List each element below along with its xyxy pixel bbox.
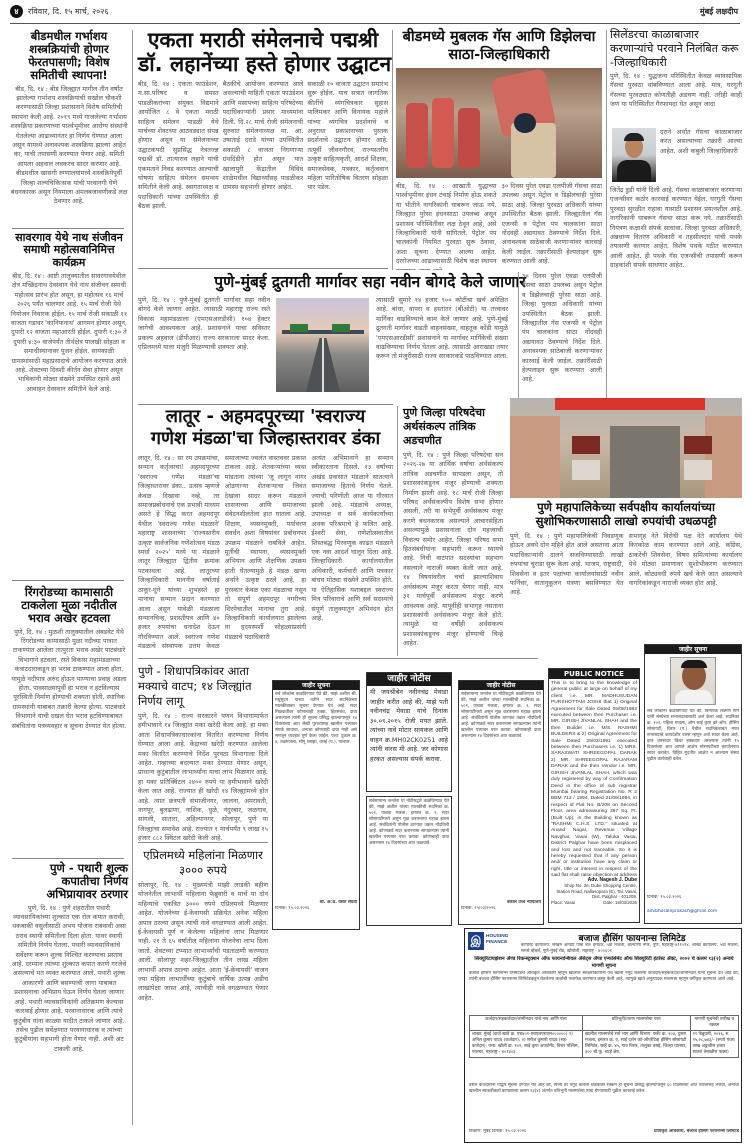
gas-cylinder-photo [396, 68, 602, 178]
article-pathari-shulk: पुणे - पथारी शुल्क कपातीचा निर्णय अभिप्र… [10, 862, 128, 1127]
article-body: पुणे, दि. १४ : युद्धजन्य परिस्थितीत केवळ… [610, 72, 742, 119]
expressway-photo [276, 298, 369, 392]
article-body: पुणे, दि. १४ : पुणे शहरातील पथारी व्यावस… [10, 904, 128, 1109]
notice-jahir-suchana-photo: जाहीर सूचना सर्व लोकांना कळविण्यात येते … [644, 644, 742, 924]
table-row: शाखा: मुंबई (कर्ज खाते क्र. एच४०१-एचएलएस… [470, 1031, 739, 1058]
notice-body: सर्व लोकांना कळविण्यात येते की, माझे अशी… [273, 690, 359, 900]
headline: रिंगरोडच्या कामासाठी टाकलेला मुळा नदीतील… [10, 586, 128, 625]
notice-jahir-notice: जाहीर नोटीस सर्वसामान्य जनतेस या नोटीसद्… [458, 680, 544, 925]
divider [12, 228, 124, 229]
public-notice: PUBLIC NOTICE This is to bring to the kn… [548, 668, 640, 923]
article-latur-ganesh: लातूर - अहमदपूरच्या 'स्वराज्य गणेश मंडळा… [138, 406, 393, 656]
article-body: पुणे, दि. १४ : राज्य सरकारने पणन विभागाम… [138, 712, 268, 842]
article-ekta-sammelan: एकता मराठी संमेलनाचे पद्मश्री डॉ. लहानें… [138, 28, 388, 268]
act-subtitle: सिक्युरिटायझेशन ॲण्ड रिकन्स्ट्रक्शन ऑफ फ… [469, 956, 739, 970]
notice-body: This is to bring to the knowledge of gen… [549, 679, 639, 877]
article-pune-zp-budget: पुणे जिल्हा परिषदेचा अर्थसंकल्प तांत्रिक… [403, 406, 503, 656]
table-cell: शाखा: मुंबई (कर्ज खाते क्र. एच४०१-एचएलएस… [470, 1031, 583, 1058]
notice-title: जाहीर सूचना [645, 645, 741, 654]
notice-date: दिनांक: १५/०३/२०२६ [459, 906, 543, 912]
bajaj-logo: இ HOUSING FINANCE [468, 932, 516, 952]
collector-portrait [612, 128, 656, 182]
article-body-col2: बैठकीचे आयोजन करण्यात आले असल्याची माहित… [223, 80, 304, 260]
column-divider [518, 272, 519, 402]
headline: एप्रिलमध्ये महिलांना मिळणार ३००० रुपये [138, 848, 268, 878]
article-body-col1: पुणे, दि. १४ : पुणे महापालिकेची निवडणूक … [510, 532, 624, 650]
article-body-col3: सकाळी १० वाजता उद्घाटन समारंभ सुरू होईल.… [307, 80, 388, 260]
bajaj-housing-notice: இ HOUSING FINANCE बजाज हौसिंग फायनान्स ल… [464, 928, 742, 1143]
notice-body: मी जयश्रीबेन नवीनचंद्र मेवाडा जाहीर करीत… [367, 686, 451, 790]
section-name: मुंबई लक्षदीप [700, 6, 738, 17]
article-april-women: एप्रिलमध्ये महिलांना मिळणार ३००० रुपये स… [138, 848, 268, 1128]
notice-body: सर्वसामान्य जनतेस या नोटीसद्वारे कळविण्य… [367, 797, 451, 923]
header-rule [10, 23, 740, 24]
column-divider [397, 406, 398, 656]
notice-body: सर्वसामान्य जनतेस या नोटीसद्वारे कळविण्य… [459, 690, 543, 900]
notice-intro: बजाज हौसिंग फायनान्स लिमिटेडचे अधिकृत अध… [469, 971, 739, 1013]
headline: लातूर - अहमदपूरच्या 'स्वराज्य [138, 406, 393, 428]
table-header: मागणी सूचनेची तारीख व रक्कम [690, 1016, 738, 1031]
table-cell: ११ फेब्रुवारी, २०२६, रु. १५,२८,७४३/- (रु… [690, 1031, 738, 1058]
article-body: जितेंद्र डुडी यांनी दिली आहे. गॅसचा काळा… [610, 186, 742, 416]
article-body: बीड, दि. १४ : आष्टी तालुक्यातील सावरगावय… [10, 272, 128, 512]
divider [138, 842, 268, 843]
column-divider [606, 30, 607, 420]
notice-place: Place: Vasai [551, 900, 575, 905]
notice-jahir-suchana: जाहीर सूचना सर्व लोकांना कळविण्यात येते … [272, 680, 360, 930]
advocate-address: Shop No. 36, Dube Shopping Centre, Stati… [549, 883, 639, 900]
article-body-col1: बीड, दि. १४ : आखाती युद्धाच्या पार्श्वभू… [396, 182, 497, 270]
article-pmc-offices: पुणे महापालिकेच्या सर्वपक्षीय कार्यालयां… [510, 500, 742, 650]
article-body: पुणे, दि. १४ : मुळशी तालुक्यातील अंबडवेट… [10, 628, 128, 848]
article-body-col2: ३० दिवस पुरेल एवढा एलपीजी गॅसचा साठा उपल… [502, 182, 603, 270]
pmc-building-photo [510, 398, 742, 498]
headline: बीडमधील गर्भाशय शस्त्रक्रियांची होणार फे… [10, 30, 128, 82]
divider [12, 858, 124, 859]
column-divider [132, 30, 133, 1125]
headline: सिलेंडरचा काळाबाजार करणाऱ्यांचे परवाने न… [610, 28, 742, 70]
divider [138, 404, 393, 405]
notice-title: जाहीर नोटीस [459, 681, 543, 690]
article-body: बीड, दि. १४ : बीड जिल्ह्यात मागील तीन वर… [10, 85, 128, 205]
notice-jahir-notice-large: जाहीर नोटीस मी जयश्रीबेन नवीनचंद्र मेवाड… [366, 672, 452, 792]
page-number-badge: ४ [10, 5, 23, 18]
issue-date: रविवार, दि. १५ मार्च, २०२६ [28, 6, 109, 17]
article-body-col2: सभागृह नेते विरोधी पक्ष नेते कार्यालय ये… [629, 532, 743, 650]
notice-footer: वरील कर्जदारांना याद्वारे सूचना देण्यात … [469, 1083, 739, 1125]
article-body-right: त्यासाठी सुमारे १४ हजार ९०० कोटींचा खर्च… [376, 296, 508, 396]
headline: पुणे महापालिकेच्या सर्वपक्षीय कार्यालयां… [510, 500, 742, 528]
notice-date: Date: 15/03/2026 [603, 900, 637, 905]
office-address: कॉर्पोरेट कार्यालय: सेरेब्रम आयटी पार्क … [521, 943, 739, 955]
notice-email: advbhosaleprakash@gmail.com [647, 909, 739, 915]
notice-title: जाहीर सूचना [273, 681, 359, 690]
headline: पुणे - पथारी शुल्क कपातीचा निर्णय अभिप्र… [10, 862, 128, 901]
page-header: ४ रविवार, दि. १५ मार्च, २०२६ मुंबई लक्षद… [10, 4, 740, 20]
article-ringroad: रिंगरोडच्या कामासाठी टाकलेला मुळा नदीतील… [10, 586, 128, 856]
notice-small-text: सर्वसामान्य जनतेस या नोटीसद्वारे कळविण्य… [366, 796, 452, 926]
article-body: पुणे, दि. १४ : पुणे जिल्हा परिषदेचा सन २… [403, 451, 503, 651]
article-body-side: दराने अर्थात गॅसचा काळाबाजार करत असल्याच… [660, 128, 742, 184]
headline: पुणे जिल्हा परिषदेचा अर्थसंकल्प तांत्रिक… [403, 406, 503, 448]
notice-portrait [670, 657, 716, 705]
divider [12, 580, 124, 581]
article-beed-surgery: बीडमधील गर्भाशय शस्त्रक्रियांची होणार फे… [10, 30, 128, 230]
borrower-table: कर्जदार/सहकर्जदार/जामीनदार यांचे नाव आणि… [469, 1015, 739, 1081]
divider [138, 658, 538, 659]
notice-title: जाहीर नोटीस [367, 673, 451, 686]
headline: पुणे - शिधापत्रिकांवर आता मक्याचे वाटप; … [138, 664, 268, 709]
headline: एकता मराठी संमेलनाचे पद्मश्री [138, 28, 388, 52]
headline: सावरगाव येथे नाथ संजीवन समाधी महोत्सवानि… [10, 232, 128, 269]
divider [138, 268, 388, 269]
article-beed-gas: बीडमध्ये मुबलक गॅस आणि डिझेलचा साठा-जिल्… [396, 28, 602, 270]
table-header: प्रतिभूती/तारण मालमत्तेचा पत्ता [582, 1016, 690, 1031]
logo-text: HOUSING FINANCE [486, 934, 508, 946]
article-body: सोलापूर, दि. १४ : मुख्यमंत्री माझी लाडकी… [138, 881, 268, 1111]
authorised-signatory: प्राधिकृत अधिकारी, बजाज हौसिंग फायनान्स … [654, 1129, 739, 1135]
article-cylinder-blackmarket: सिलेंडरचा काळाबाजार करणाऱ्यांचे परवाने न… [610, 28, 742, 418]
article-body-col3: अत्यंत अभिमानाने हा सन्मान स्वीकारताना द… [311, 454, 393, 652]
notice-place-date: ठिकाण: मुंबई दिनांक: १५.०३.२०२६ [469, 1129, 526, 1135]
bajaj-logo-icon: இ [468, 932, 484, 950]
article-body-col2: समाजाच्या ज्वलंत वास्तववर प्रकाश टाकला आ… [225, 454, 307, 652]
notice-title: PUBLIC NOTICE [549, 669, 639, 679]
notice-body: सर्व लोकांना कळविण्यात येते की, विनायक ल… [647, 709, 739, 889]
table-header: कर्जदार/सहकर्जदार/जामीनदार यांचे नाव आणि… [470, 1016, 583, 1031]
notice-date: दिनांक: १५.०३.२०२६ [647, 895, 739, 901]
headline: बीडमध्ये मुबलक गॅस आणि डिझेलचा साठा-जिल्… [396, 28, 602, 64]
headline: डॉ. लहानेंच्या हस्ते होणार उद्घाटन [138, 52, 388, 76]
article-body-col1: बीड, दि. १४ : एकता फाउंडेशन, म.सा.परिषद … [138, 80, 219, 260]
article-cylinder-continuation: ३० दिवस पुरेल एवढा एलपीजी गॅसचा साठा उपल… [522, 272, 602, 400]
headline: गणेश मंडळा'चा जिल्हास्तरावर डंका [138, 428, 393, 450]
article-savargaon: सावरगाव येथे नाथ संजीवन समाधी महोत्सवानि… [10, 232, 128, 532]
article-shidhapatrika: पुणे - शिधापत्रिकांवर आता मक्याचे वाटप; … [138, 664, 268, 839]
column-divider [392, 30, 393, 270]
table-cell: खालील मालमत्तेचे सर्व भाग आणि विभाग: फ्ल… [582, 1031, 690, 1058]
article-body-left: पुणे, दि. १४ : पुणे-मुंबई द्रुतगती मार्ग… [138, 296, 270, 396]
notice-date: दिनांक: १५.०३.२०२६ [273, 906, 359, 912]
article-body-col1: लातूर, दि. १४ : सा रम उपक्रमांचा, सन्मान… [138, 454, 220, 652]
